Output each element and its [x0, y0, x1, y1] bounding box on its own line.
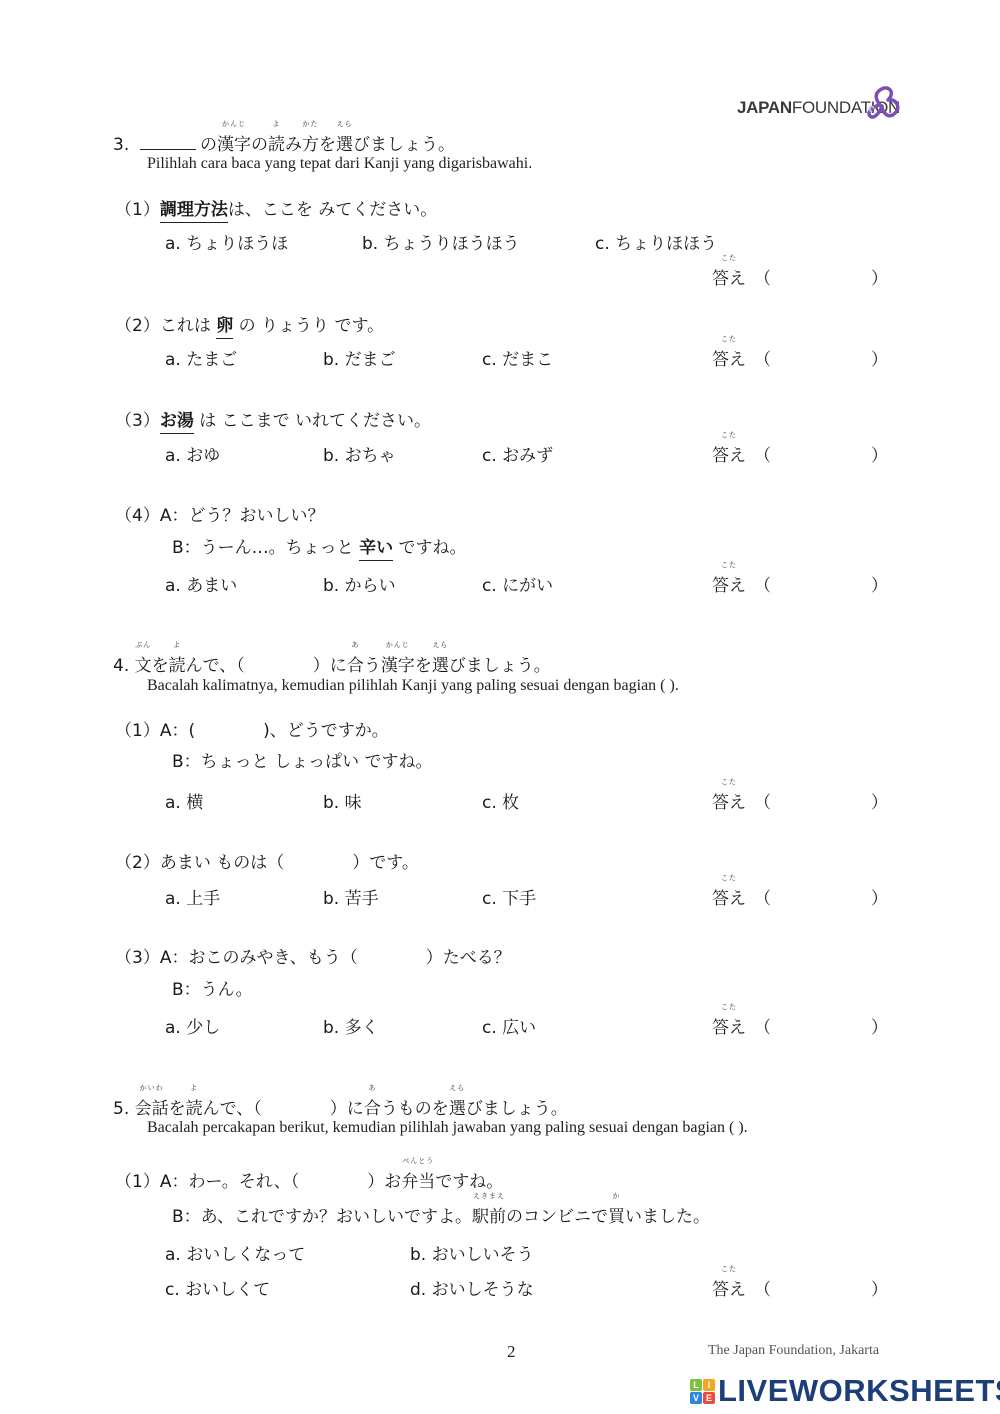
ruby-text: 読よ — [186, 1094, 203, 1119]
answer-label: 答えこた — [712, 571, 746, 596]
question-text: は ここまで いれてください。 — [194, 411, 431, 431]
question-text: の りょうり です。 — [233, 316, 384, 336]
option-c[interactable]: c. おいしくて — [165, 1275, 270, 1300]
furigana: こた — [712, 1264, 746, 1274]
answer-paren-open: （ — [754, 264, 771, 289]
ruby-text: 弁当べんとう — [401, 1167, 435, 1192]
ruby-text: 読よ — [268, 130, 285, 155]
underlined-kanji: 卵 — [216, 316, 233, 339]
option-c[interactable]: c. おみず — [482, 441, 553, 466]
furigana: かんじ — [217, 119, 251, 129]
option-b[interactable]: b. 多く — [323, 1013, 379, 1038]
option-a[interactable]: a. 上手 — [165, 884, 220, 909]
question-4-1-line-a: （1）A：( )、どうですか。 — [115, 716, 389, 741]
section-number: 5. — [113, 1099, 129, 1119]
blank-underline — [140, 135, 196, 150]
ruby-text: 選えら — [336, 130, 353, 155]
answer-paren-close: ） — [871, 1280, 888, 1300]
furigana: えら — [336, 119, 353, 129]
ruby-text: 会話かいわ — [135, 1094, 169, 1119]
section-4-title: 4. 文ぶんを読よんで、（ ）に合あう漢字かんじを選えらびましょう。 — [113, 651, 551, 676]
question-text: A：どう？おいしい？ — [160, 506, 325, 526]
question-number: （2） — [115, 316, 160, 336]
underlined-kanji: 辛い — [359, 538, 393, 561]
section-3-title-text: の漢字かんじの読よみ方かたを選えらびましょう。 — [200, 135, 455, 155]
footer-credit: The Japan Foundation, Jakarta — [708, 1343, 879, 1359]
furigana: かいわ — [135, 1083, 169, 1093]
underlined-kanji: お湯 — [160, 411, 194, 434]
option-c[interactable]: c. にがい — [482, 571, 553, 596]
section-number: 4. — [113, 656, 129, 676]
question-text: A：おこのみやき、もう（ ）たべる？ — [160, 948, 511, 968]
answer-field[interactable]: 答えこた（） — [712, 788, 888, 813]
question-text: A：わー。それ、（ ）お弁当べんとうですね。 — [160, 1172, 503, 1192]
answer-paren-close: ） — [871, 793, 888, 813]
option-b[interactable]: b. ちょうりほうほう — [362, 229, 520, 254]
live-tile-e: E — [703, 1392, 715, 1404]
furigana: よ — [169, 640, 186, 650]
question-text: A：( )、どうですか。 — [160, 721, 389, 741]
furigana: こた — [712, 334, 746, 344]
question-number: （1） — [115, 1172, 160, 1192]
question-5-1-line-a: （1）A：わー。それ、（ ）お弁当べんとうですね。 — [115, 1167, 503, 1192]
answer-label: 答えこた — [712, 264, 746, 289]
question-text: ですね。 — [393, 538, 466, 558]
ruby-text: 買か — [608, 1202, 625, 1227]
furigana: あ — [347, 640, 364, 650]
question-number: （2） — [115, 853, 160, 873]
answer-paren-close: ） — [871, 350, 888, 370]
section-5-instruction: Bacalah percakapan berikut, kemudian pil… — [147, 1119, 748, 1137]
furigana: か — [608, 1191, 625, 1201]
question-3-2: （2）これは 卵 の りょうり です。 — [115, 311, 384, 336]
option-d[interactable]: d. おいしそうな — [410, 1275, 534, 1300]
question-number: （3） — [115, 948, 160, 968]
logo-bold-text: JAPAN — [737, 98, 792, 117]
option-b[interactable]: b. 味 — [323, 788, 362, 813]
ruby-text: 方かた — [302, 130, 319, 155]
question-number: （3） — [115, 411, 160, 431]
option-a[interactable]: a. おいしくなって — [165, 1240, 305, 1265]
ruby-text: 選えら — [449, 1094, 466, 1119]
option-c[interactable]: c. 枚 — [482, 788, 519, 813]
ruby-text: 選えら — [432, 651, 449, 676]
section-5-title-text: 会話かいわを読よんで、（ ）に合あうものを選えらびましょう。 — [135, 1099, 568, 1119]
answer-label: 答えこた — [712, 1275, 746, 1300]
option-a[interactable]: a. たまご — [165, 345, 237, 370]
answer-label: 答えこた — [712, 884, 746, 909]
option-b[interactable]: b. だまご — [323, 345, 396, 370]
answer-paren-open: （ — [754, 345, 771, 370]
live-tile-v: V — [690, 1392, 702, 1404]
answer-label: 答えこた — [712, 1013, 746, 1038]
ruby-text: 漢字かんじ — [217, 130, 251, 155]
furigana: べんとう — [401, 1156, 435, 1166]
answer-paren-close: ） — [871, 576, 888, 596]
answer-paren-close: ） — [871, 446, 888, 466]
butterfly-logo-icon — [866, 86, 902, 124]
furigana: ぶん — [135, 640, 152, 650]
ruby-text: 漢字かんじ — [381, 651, 415, 676]
furigana: こた — [712, 253, 746, 263]
question-number: （1） — [115, 200, 160, 220]
furigana: こた — [712, 777, 746, 787]
furigana: こた — [712, 430, 746, 440]
option-a[interactable]: a. おゆ — [165, 441, 220, 466]
option-c[interactable]: c. だまこ — [482, 345, 553, 370]
answer-field[interactable]: 答えこた（） — [712, 884, 888, 909]
ruby-text: 文ぶん — [135, 651, 152, 676]
furigana: えら — [449, 1083, 466, 1093]
answer-paren-close: ） — [871, 889, 888, 909]
answer-paren-open: （ — [754, 884, 771, 909]
option-b[interactable]: b. おいしいそう — [410, 1240, 534, 1265]
question-text: は、ここを みてください。 — [228, 200, 437, 220]
question-3-3: （3）お湯 は ここまで いれてください。 — [115, 406, 431, 431]
section-4-title-text: 文ぶんを読よんで、（ ）に合あう漢字かんじを選えらびましょう。 — [135, 656, 551, 676]
underlined-kanji: 調理方法 — [160, 200, 228, 223]
furigana: こた — [712, 560, 746, 570]
live-tile-l: L — [690, 1379, 702, 1391]
question-text: B：うーん…。ちょっと — [172, 538, 359, 558]
option-b[interactable]: b. おちゃ — [323, 441, 396, 466]
furigana: よ — [268, 119, 285, 129]
option-b[interactable]: b. からい — [323, 571, 396, 596]
answer-label: 答えこた — [712, 345, 746, 370]
option-c[interactable]: c. 広い — [482, 1013, 536, 1038]
answer-paren-close: ） — [871, 269, 888, 289]
section-number: 3. — [113, 135, 129, 155]
furigana: こた — [712, 873, 746, 883]
answer-field[interactable]: 答えこた（） — [712, 571, 888, 596]
answer-label: 答えこた — [712, 441, 746, 466]
question-4-3-line-b: B：うん。 — [172, 975, 253, 1000]
answer-paren-open: （ — [754, 1013, 771, 1038]
ruby-text: 合あ — [364, 1094, 381, 1119]
ruby-text: 駅前えきまえ — [472, 1202, 506, 1227]
answer-paren-open: （ — [754, 1275, 771, 1300]
answer-field[interactable]: 答えこた（） — [712, 264, 888, 289]
page-number: 2 — [507, 1342, 516, 1362]
question-number: （1） — [115, 721, 160, 741]
question-4-3-line-a: （3）A：おこのみやき、もう（ ）たべる？ — [115, 943, 511, 968]
question-5-1-line-b: B：あ、これですか？おいしいですよ。駅前えきまえのコンビニで買かいました。 — [172, 1202, 710, 1227]
section-3-instruction: Pilihlah cara baca yang tepat dari Kanji… — [147, 155, 532, 173]
question-3-1: （1）調理方法は、ここを みてください。 — [115, 195, 437, 220]
option-a[interactable]: a. 少し — [165, 1013, 220, 1038]
answer-paren-open: （ — [754, 788, 771, 813]
answer-paren-close: ） — [871, 1018, 888, 1038]
question-4-1-line-b: B：ちょっと しょっぱい ですね。 — [172, 747, 432, 772]
section-4-instruction: Bacalah kalimatnya, kemudian pilihlah Ka… — [147, 677, 679, 695]
live-tile-i: I — [703, 1379, 715, 1391]
question-3-4-line-b: B：うーん…。ちょっと 辛い ですね。 — [172, 533, 466, 558]
answer-field[interactable]: 答えこた（） — [712, 1275, 888, 1300]
section-5-title: 5. 会話かいわを読よんで、（ ）に合あうものを選えらびましょう。 — [113, 1094, 568, 1119]
live-tiles-icon: LIVE — [690, 1379, 715, 1404]
answer-field[interactable]: 答えこた（） — [712, 1013, 888, 1038]
ruby-text: 合あ — [347, 651, 364, 676]
answer-label: 答えこた — [712, 788, 746, 813]
answer-field[interactable]: 答えこた（） — [712, 345, 888, 370]
answer-paren-open: （ — [754, 441, 771, 466]
option-a[interactable]: a. あまい — [165, 571, 237, 596]
question-4-2: （2）あまい ものは（ ）です。 — [115, 848, 419, 873]
furigana: こた — [712, 1002, 746, 1012]
furigana: えら — [432, 640, 449, 650]
option-a[interactable]: a. ちょりほうほ — [165, 229, 288, 254]
liveworksheets-logo: LIVE LIVEWORKSHEETS — [690, 1373, 1000, 1409]
option-a[interactable]: a. 横 — [165, 788, 203, 813]
option-c[interactable]: c. ちょりほほう — [595, 229, 717, 254]
question-text: B：あ、これですか？おいしいですよ。駅前えきまえのコンビニで買かいました。 — [172, 1207, 710, 1227]
question-number: （4） — [115, 506, 160, 526]
furigana: えきまえ — [472, 1191, 506, 1201]
question-text: あまい ものは（ ）です。 — [160, 853, 419, 873]
liveworksheets-text: LIVEWORKSHEETS — [718, 1373, 1000, 1409]
option-c[interactable]: c. 下手 — [482, 884, 536, 909]
option-b[interactable]: b. 苦手 — [323, 884, 379, 909]
furigana: あ — [364, 1083, 381, 1093]
answer-field[interactable]: 答えこた（） — [712, 441, 888, 466]
ruby-text: 読よ — [169, 651, 186, 676]
question-3-4-line-a: （4）A：どう？おいしい？ — [115, 501, 324, 526]
section-3-title: 3. の漢字かんじの読よみ方かたを選えらびましょう。 — [113, 130, 455, 155]
answer-paren-open: （ — [754, 571, 771, 596]
furigana: よ — [186, 1083, 203, 1093]
furigana: かた — [302, 119, 319, 129]
question-text: これは — [160, 316, 216, 336]
furigana: かんじ — [381, 640, 415, 650]
